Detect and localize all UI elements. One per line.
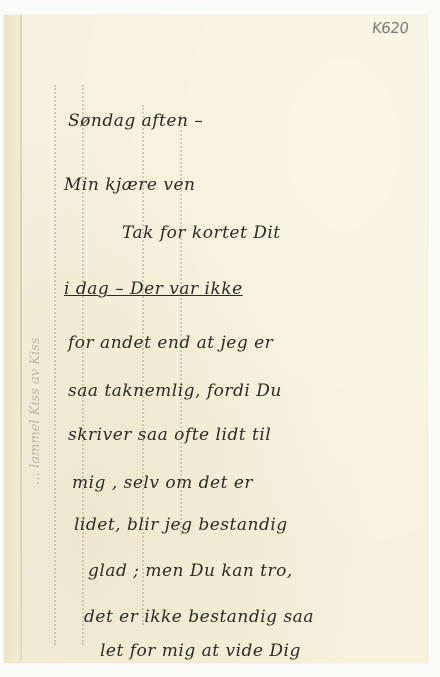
letter-line: Min kjære ven	[64, 175, 195, 195]
letter-line: det er ikke bestandig saa	[84, 607, 314, 627]
page-fold	[20, 15, 22, 663]
archive-id-label: K620	[371, 19, 409, 37]
letter-line: skriver saa ofte lidt til	[68, 425, 271, 445]
page-fold-shade	[4, 15, 21, 663]
letter-line: lidet, blir jeg bestandig	[74, 515, 288, 535]
letter-line: Søndag aften –	[68, 111, 203, 131]
bleed-through-text: … lammel Kiss av Kiss	[28, 338, 43, 485]
letter-line: mig , selv om det er	[72, 473, 253, 493]
letter-line: for andet end at jeg er	[68, 333, 273, 353]
letter-line: glad ; men Du kan tro,	[88, 561, 293, 581]
letter-line: let for mig at vide Dig	[100, 641, 301, 661]
letter-page: K620 … lammel Kiss av Kiss Søndag aften …	[4, 15, 428, 663]
letter-line: saa taknemlig, fordi Du	[68, 381, 282, 401]
letter-line: Tak for kortet Dit	[122, 223, 281, 243]
bleed-through-column	[54, 85, 64, 645]
letter-line: i dag – Der var ikke	[64, 279, 243, 299]
